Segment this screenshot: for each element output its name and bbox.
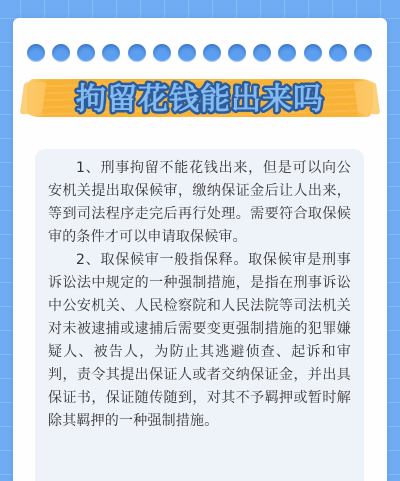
punch-hole xyxy=(203,44,221,62)
punch-hole xyxy=(329,44,347,62)
title-banner-svg: 拘留花钱能出来吗 xyxy=(27,79,373,117)
body-paragraph-2: 2、取保候审一般指保释。取保候审是刑事诉讼法中规定的一种强制措施，是指在刑事诉讼… xyxy=(48,249,351,433)
punch-hole xyxy=(77,44,95,62)
punch-hole xyxy=(27,44,45,62)
poster-background: 拘留花钱能出来吗 1、刑事拘留不能花钱出来，但是可以向公安机关提出取保候审，缴纳… xyxy=(0,0,400,481)
punch-hole xyxy=(278,44,296,62)
punch-hole xyxy=(102,44,120,62)
page-title: 拘留花钱能出来吗 xyxy=(76,82,324,117)
notebook-paper: 拘留花钱能出来吗 1、刑事拘留不能花钱出来，但是可以向公安机关提出取保候审，缴纳… xyxy=(13,18,387,481)
punch-hole xyxy=(128,44,146,62)
title-banner: 拘留花钱能出来吗 xyxy=(27,79,373,117)
punch-holes-row xyxy=(27,44,372,62)
punch-hole xyxy=(228,44,246,62)
punch-hole xyxy=(253,44,271,62)
punch-hole xyxy=(354,44,372,62)
punch-hole xyxy=(153,44,171,62)
content-card: 1、刑事拘留不能花钱出来，但是可以向公安机关提出取保候审，缴纳保证金后让人出来，… xyxy=(35,149,364,481)
punch-hole xyxy=(178,44,196,62)
punch-hole xyxy=(52,44,70,62)
body-paragraph-1: 1、刑事拘留不能花钱出来，但是可以向公安机关提出取保候审，缴纳保证金后让人出来，… xyxy=(48,157,351,249)
punch-hole xyxy=(304,44,322,62)
